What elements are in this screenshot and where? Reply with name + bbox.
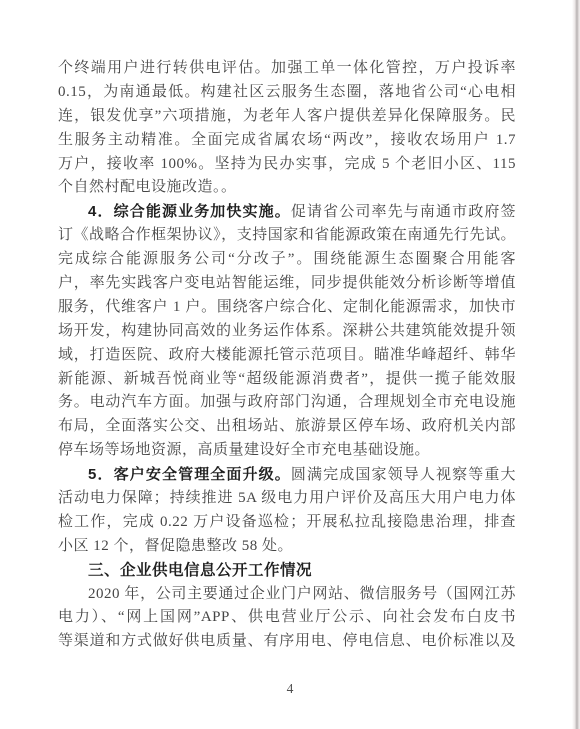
bold-lead: 5．客户安全管理全面升级。 [88,466,291,483]
text-line: 户，率先实践客户变电站智能运维，同步提供能效分析诊断等增值 [58,272,516,296]
text-line: 0.15，为南通最低。构建社区云服务生态圈，落地省公司“心电相 [58,81,516,105]
text-line: 新能源、新城吾悦商业等“超级能源消费者”，提供一揽子能效服 [58,368,516,392]
bold-lead: 4．综合能源业务加快实施。 [88,203,291,220]
text-line: 电力）、“网上国网”APP、供电营业厅公示、向社会发布白皮书 [58,606,516,630]
text-line: 完成综合能源服务公司“分改子”。围绕能源生态圈聚合用能客 [58,248,516,272]
text-line: 个终端用户进行转供电评估。加强工单一体化管控，万户投诉率 [58,57,516,81]
text-line: 生服务主动精准。全面完成省属农场“两改”，接收农场用户 1.7 [58,129,516,153]
text-line: 布局，全面落实公交、出租场站、旅游景区停车场、政府机关内部 [58,415,516,439]
text-line: 5．客户安全管理全面升级。圆满完成国家领导人视察等重大 [58,463,516,487]
text-line: 等渠道和方式做好供电质量、有序用电、停电信息、电价标准以及 [58,630,516,654]
document-page: 个终端用户进行转供电评估。加强工单一体化管控，万户投诉率0.15，为南通最低。构… [0,0,580,729]
text-line: 域，打造医院、政府大楼能源托管示范项目。瞄准华峰超纤、韩华 [58,344,516,368]
text-line: 务。电动汽车方面。加强与政府部门沟通，合理规划全市充电设施 [58,391,516,415]
text-line: 4．综合能源业务加快实施。促请省公司率先与南通市政府签 [58,200,516,224]
text-line: 小区 12 个，督促隐患整改 58 处。 [58,535,516,559]
text-line: 场开发，构建协同高效的业务运作体系。深耕公共建筑能效提升领 [58,320,516,344]
text-line: 活动电力保障；持续推进 5A 级电力用户评价及高压大用户电力体 [58,487,516,511]
text-line: 检工作，完成 0.22 万户设备巡检；开展私拉乱接隐患治理，排查 [58,511,516,535]
text-line: 个自然村配电设施改造。。 [58,176,516,200]
text-line: 停车场等场地资源，高质量建设好全市充电基础设施。 [58,439,516,463]
text-line: 服务，代维客户 1 户。围绕客户综合化、定制化能源需求，加快市 [58,296,516,320]
page-number: 4 [0,681,580,697]
section-heading: 三、企业供电信息公开工作情况 [58,559,516,583]
page-body-text: 个终端用户进行转供电评估。加强工单一体化管控，万户投诉率0.15，为南通最低。构… [58,57,516,654]
page-edge-shadow [572,0,580,729]
text-line: 订《战略合作框架协议》，支持国家和省能源政策在南通先行先试。 [58,224,516,248]
text-line: 2020 年，公司主要通过企业门户网站、微信服务号（国网江苏 [58,583,516,607]
text-line: 万户，接收率 100%。坚持为民办实事，完成 5 个老旧小区、115 [58,153,516,177]
text-line: 连，银发优享”六项措施，为老年人客户提供差异化保障服务。民 [58,105,516,129]
